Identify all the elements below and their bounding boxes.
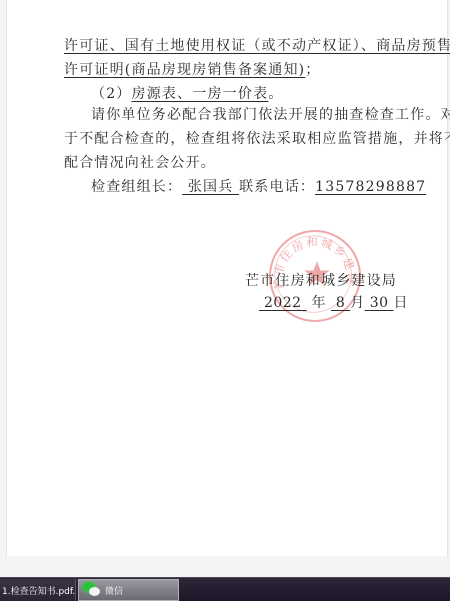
doc-line-1: 许可证、国有土地使用权证（或不动产权证）、商品房预售 (64, 37, 450, 55)
para-1-line-3: 配合情况向社会公开。 (64, 154, 216, 172)
phone-number: 13578298887 (315, 179, 426, 195)
doc-line-2-text: 许可证明(商品房现房销售备案通知) (64, 62, 305, 78)
pdf-viewer: 许可证、国有土地使用权证（或不动产权证）、商品房预售 许可证明(商品房现房销售备… (0, 0, 450, 577)
taskbar-item-wechat[interactable]: 微信 (78, 579, 179, 600)
item-2-prefix: （2） (91, 86, 132, 102)
date-year-value: 2022 (264, 295, 302, 311)
para-1-line-1: 请你单位务必配合我部门依法开展的抽查检查工作。对 (91, 106, 450, 124)
item-2-text: 房源表、一房一价表 (132, 86, 269, 102)
issuer-name: 芒市住房和城乡建设局 (245, 272, 397, 290)
leader-name: 张国兵 (182, 179, 239, 195)
date-month: 8 (331, 295, 350, 311)
para-1-line-2: 于不配合检查的，检查组将依法采取相应监管措施，并将不 (64, 130, 450, 148)
taskbar-item-pdf-label: 1.检查告知书.pdf... (2, 584, 76, 597)
taskbar-item-wechat-label: 微信 (105, 584, 123, 597)
contact-line: 检查组组长： 张国兵 联系电话：13578298887 (91, 178, 426, 196)
date-day: 30 (365, 295, 394, 311)
doc-line-2: 许可证明(商品房现房销售备案通知)； (64, 61, 321, 79)
leader-label: 检查组组长： (91, 179, 182, 195)
date-year-label: 年 (312, 295, 327, 311)
date-day-label: 日 (394, 295, 409, 311)
phone-label: 联系电话： (239, 179, 315, 195)
doc-line-2-suffix: ； (305, 62, 320, 78)
taskbar-item-pdf[interactable]: 1.检查告知书.pdf... (0, 579, 76, 600)
issue-date: 2022 年 8 月 30 日 (259, 294, 408, 312)
item-2-suffix: 。 (268, 86, 283, 102)
date-month-label: 月 (350, 295, 365, 311)
date-year: 2022 (259, 295, 307, 311)
doc-item-2: （2）房源表、一房一价表。 (91, 85, 284, 103)
date-day-value: 30 (370, 295, 389, 311)
taskbar: 1.检查告知书.pdf... 微信 (0, 577, 450, 600)
date-month-value: 8 (336, 295, 345, 311)
wechat-icon (83, 582, 101, 598)
document-page: 许可证、国有土地使用权证（或不动产权证）、商品房预售 许可证明(商品房现房销售备… (6, 0, 448, 556)
